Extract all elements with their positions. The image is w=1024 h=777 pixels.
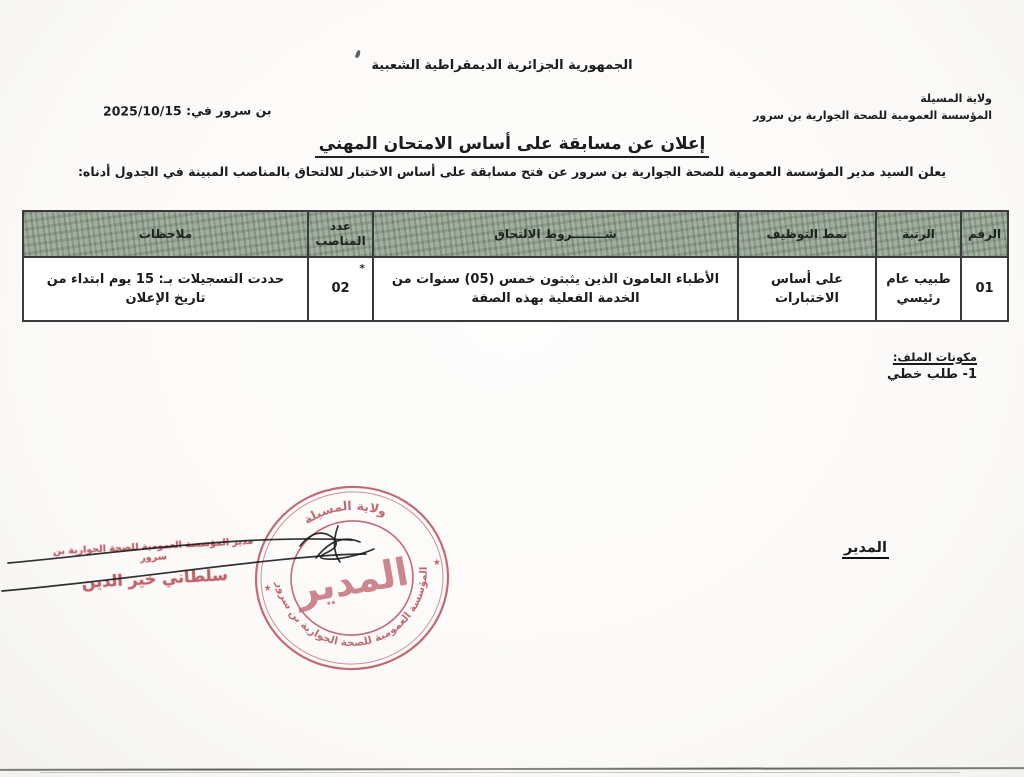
scan-edge-line bbox=[0, 767, 1024, 771]
col-header-rank: الرتبة bbox=[876, 211, 961, 257]
cell-conditions: الأطباء العامون الذين يثبتون خمس (05) سن… bbox=[373, 257, 738, 321]
intro-paragraph: يعلن السيد مدير المؤسسة العمومية للصحة ا… bbox=[0, 164, 1024, 179]
file-components-heading: مكونات الملف: bbox=[887, 350, 977, 364]
col-header-positions-count: عدد المناصب bbox=[308, 211, 373, 257]
cell-positions-count: * 02 bbox=[308, 257, 373, 321]
signature-scribble-3 bbox=[334, 526, 340, 562]
cell-notes: حددت التسجيلات بـ: 15 يوم ابتداء من تاري… bbox=[23, 257, 308, 321]
org-line-wilaya: ولاية المسيلة bbox=[753, 90, 992, 107]
positions-count-value: 02 bbox=[331, 281, 349, 296]
org-line-establishment: المؤسسة العمومية للصحة الجوارية بن سرور bbox=[753, 107, 992, 124]
handwritten-signature bbox=[0, 468, 470, 678]
col-header-notes: ملاحظات bbox=[23, 211, 308, 257]
file-components-item-1: 1- طلب خطي bbox=[887, 367, 977, 382]
director-label: المدير bbox=[842, 540, 889, 559]
republic-header: الجمهورية الجزائرية الديمقراطية الشعبية bbox=[0, 58, 1014, 73]
col-header-number: الرقم bbox=[961, 211, 1008, 257]
positions-table: الرقم الرتبة نمط التوظيف شــــــــروط ال… bbox=[22, 210, 1009, 322]
table-row: 01 طبيب عام رئيسي على أساس الاختبارات ال… bbox=[23, 257, 1008, 321]
col-header-conditions: شــــــــروط الالتحاق bbox=[373, 211, 738, 257]
cell-recruitment-mode: على أساس الاختبارات bbox=[738, 257, 876, 321]
col-header-recruitment-mode: نمط التوظيف bbox=[738, 211, 876, 257]
asterisk-mark: * bbox=[359, 261, 365, 278]
announcement-title: إعلان عن مسابقة على أساس الامتحان المهني bbox=[315, 134, 710, 158]
title-row: إعلان عن مسابقة على أساس الامتحان المهني bbox=[0, 134, 1024, 158]
date-line: بن سرور في: 2025/10/15 bbox=[103, 102, 272, 118]
cell-number: 01 bbox=[961, 257, 1008, 321]
cell-rank: طبيب عام رئيسي bbox=[876, 257, 961, 321]
signature-stroke-1 bbox=[8, 539, 352, 563]
file-components-section: مكونات الملف: 1- طلب خطي bbox=[887, 350, 977, 382]
table-header-row: الرقم الرتبة نمط التوظيف شــــــــروط ال… bbox=[23, 211, 1008, 257]
scanned-document-page: الجمهورية الجزائرية الديمقراطية الشعبية … bbox=[0, 0, 1024, 777]
org-header: ولاية المسيلة المؤسسة العمومية للصحة الج… bbox=[753, 90, 992, 124]
signature-stroke-2 bbox=[2, 554, 366, 591]
scan-edge-line-2 bbox=[40, 772, 960, 773]
